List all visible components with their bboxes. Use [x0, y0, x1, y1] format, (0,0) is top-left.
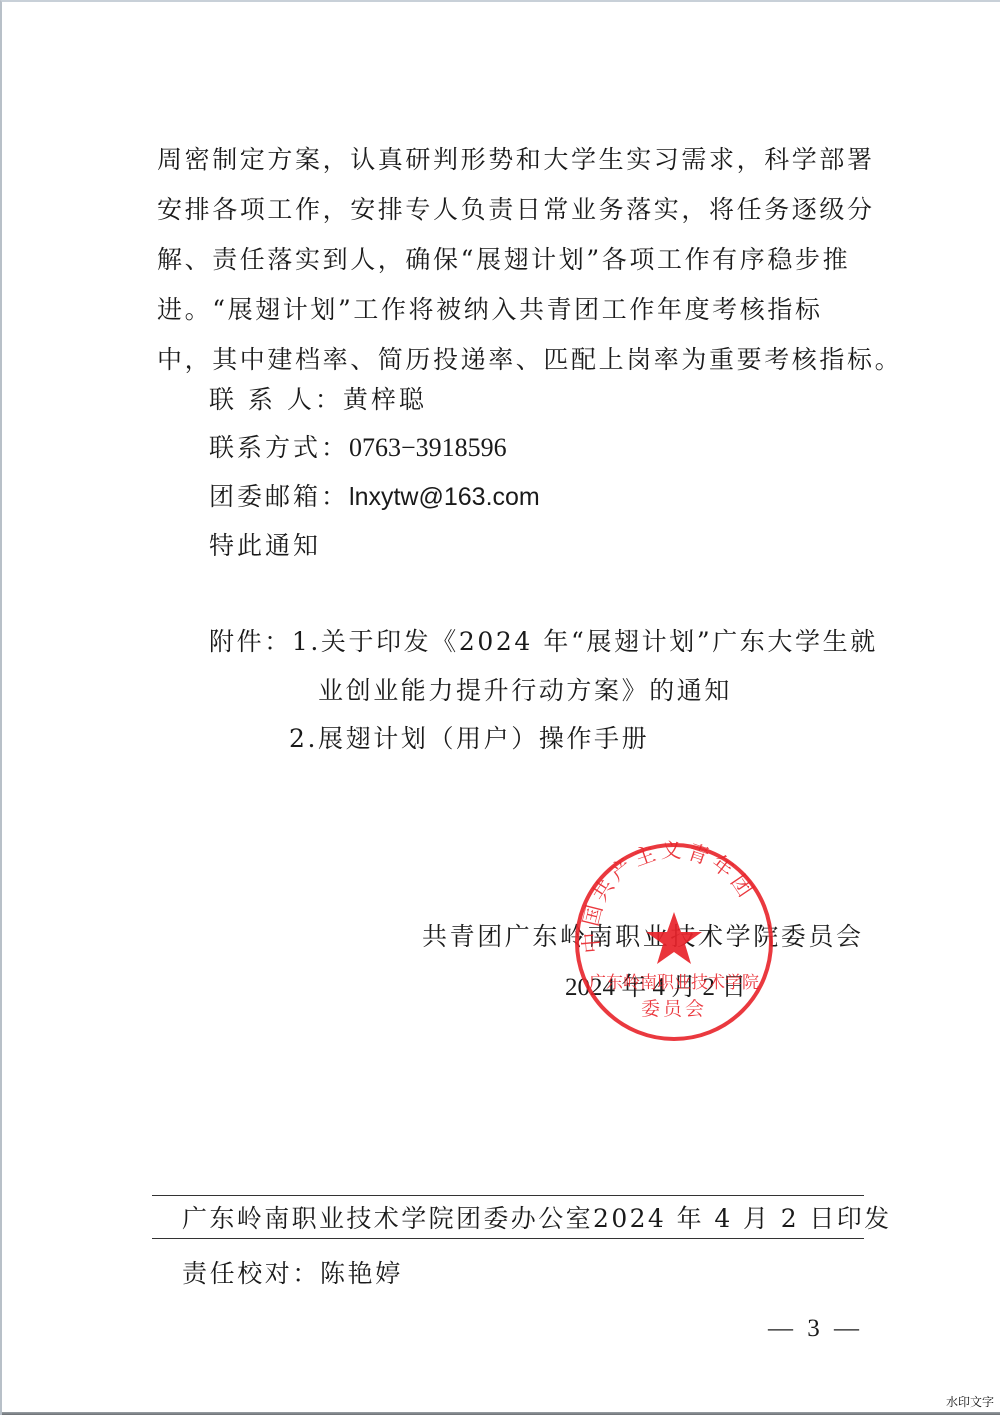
footer-top-rule [152, 1195, 864, 1196]
body-line: 安排各项工作，安排专人负责日常业务落实，将任务逐级分 [157, 185, 857, 235]
body-line: 进。“展翅计划”工作将被纳入共青团工作年度考核指标 [157, 285, 857, 335]
attachment-item-1: 附件：1.关于印发《2024 年“展翅计划”广东大学生就 [209, 627, 878, 657]
body-paragraph: 周密制定方案，认真研判形势和大学生实习需求，科学部署 安排各项工作，安排专人负责… [157, 135, 857, 385]
issuer-name: 广东岭南职业技术学院团委办公室 [182, 1199, 593, 1235]
signature-date: 2024 年 4 月 2 日 [565, 967, 746, 1003]
closing-label: 特此通知 [209, 531, 321, 560]
attachment-2-line1: 2.展翅计划（用户）操作手册 [289, 724, 649, 753]
contact-person-label: 联 系 人： [209, 385, 343, 414]
issue-date: 2024 年 4 月 2 日印发 [593, 1199, 892, 1235]
attachment-1-line1: 1.关于印发《2024 年“展翅计划”广东大学生就 [292, 627, 878, 656]
watermark-label: 水印文字 [946, 1393, 994, 1410]
contact-email-row: 团委邮箱：lnxytw@163.com [209, 482, 540, 512]
closing-text: 特此通知 [209, 531, 321, 561]
contact-person-row: 联 系 人：黄梓聪 [209, 385, 427, 415]
signature-organization: 共青团广东岭南职业技术学院委员会 [422, 917, 864, 953]
contact-person-value: 黄梓聪 [343, 385, 427, 414]
contact-phone-row: 联系方式：0763−3918596 [209, 433, 507, 463]
footer-bottom-rule [152, 1238, 864, 1239]
contact-phone-label: 联系方式： [209, 433, 349, 462]
proofreader-name: 陈艳婷 [320, 1259, 403, 1288]
body-line: 解、责任落实到人，确保“展翅计划”各项工作有序稳步推 [157, 235, 857, 285]
body-line: 周密制定方案，认真研判形势和大学生实习需求，科学部署 [157, 135, 857, 185]
attachment-label: 附件： [209, 627, 292, 656]
contact-email-value: lnxytw@163.com [349, 483, 540, 511]
contact-email-label: 团委邮箱： [209, 482, 349, 511]
contact-phone-value: 0763−3918596 [349, 433, 507, 462]
body-line: 中，其中建档率、简历投递率、匹配上岗率为重要考核指标。 [157, 335, 857, 385]
attachment-item-1-continued: 业创业能力提升行动方案》的通知 [318, 676, 732, 706]
document-page: 周密制定方案，认真研判形势和大学生实习需求，科学部署 安排各项工作，安排专人负责… [0, 0, 1000, 1415]
attachment-1-line2: 业创业能力提升行动方案》的通知 [318, 676, 732, 705]
proofreader-row: 责任校对：陈艳婷 [182, 1254, 403, 1290]
proofreader-label: 责任校对： [182, 1259, 320, 1288]
issuer-row: 广东岭南职业技术学院团委办公室 2024 年 4 月 2 日印发 [182, 1199, 852, 1235]
attachment-item-2: 2.展翅计划（用户）操作手册 [289, 724, 649, 754]
page-number: — 3 — [768, 1315, 863, 1343]
